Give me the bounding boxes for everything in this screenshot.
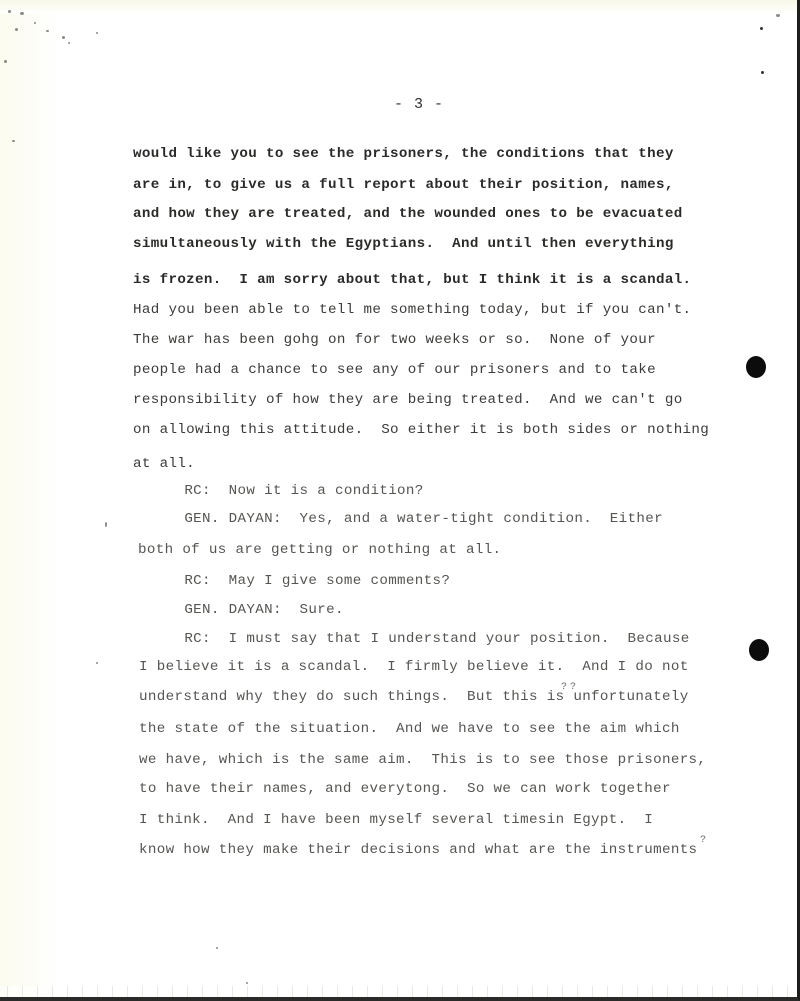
text-line: know how they make their decisions and w… [139,842,697,858]
text-line: both of us are getting or nothing at all… [138,542,501,558]
text-line: and how they are treated, and the wounde… [133,206,683,222]
text-line: would like you to see the prisoners, the… [133,146,674,162]
text-line: to have their names, and everytong. So w… [139,781,671,797]
paper-speck [34,22,36,24]
dialogue-line-rc: RC: I must say that I understand your po… [140,631,690,647]
dialogue-line-dayan: GEN. DAYAN: Yes, and a water-tight condi… [140,511,663,527]
paper-speck [68,42,70,44]
paper-speck [46,30,49,32]
handwritten-mark: ? [700,835,706,846]
paper-speck [246,982,248,984]
text-line: we have, which is the same aim. This is … [139,752,706,768]
paper-tint-top [0,0,797,14]
text-line: simultaneously with the Egyptians. And u… [133,236,674,252]
document-page: - 3 - would like you to see the prisoner… [0,0,800,1001]
paper-speck [105,522,107,527]
text-line: The war has been gohg on for two weeks o… [133,332,656,348]
paper-speck [776,14,780,17]
paper-speck [761,71,764,74]
paper-speck [62,36,65,39]
text-line: responsibility of how they are being tre… [133,392,683,408]
paper-speck [760,27,763,30]
paper-tint-left [0,0,60,997]
text-line: I believe it is a scandal. I firmly beli… [139,659,689,675]
text-line: the state of the situation. And we have … [139,721,680,737]
page-number: - 3 - [394,96,444,113]
text-line: is frozen. I am sorry about that, but I … [133,272,691,288]
dialogue-line-rc: RC: Now it is a condition? [140,483,424,499]
dialogue-line-rc: RC: May I give some comments? [140,573,450,589]
text-line: people had a chance to see any of our pr… [133,362,656,378]
paper-speck [8,10,11,13]
text-line: at all. [133,456,195,472]
paper-speck [216,947,218,949]
text-line: on allowing this attitude. So either it … [133,422,709,438]
text-line: I think. And I have been myself several … [139,812,653,828]
scan-edge-noise [0,986,797,997]
text-line: understand why they do such things. But … [139,689,689,705]
punch-hole [749,639,769,661]
paper-speck [4,60,7,63]
handwritten-mark: ? [570,682,576,693]
paper-speck [12,140,15,142]
paper-speck [96,32,98,34]
paper-speck [96,662,98,664]
handwritten-mark: ? [561,682,567,693]
text-line: Had you been able to tell me something t… [133,302,691,318]
paper-speck [15,28,18,31]
paper-speck [20,12,24,15]
dialogue-line-dayan: GEN. DAYAN: Sure. [140,602,344,618]
punch-hole [746,356,766,378]
text-line: are in, to give us a full report about t… [133,177,674,193]
